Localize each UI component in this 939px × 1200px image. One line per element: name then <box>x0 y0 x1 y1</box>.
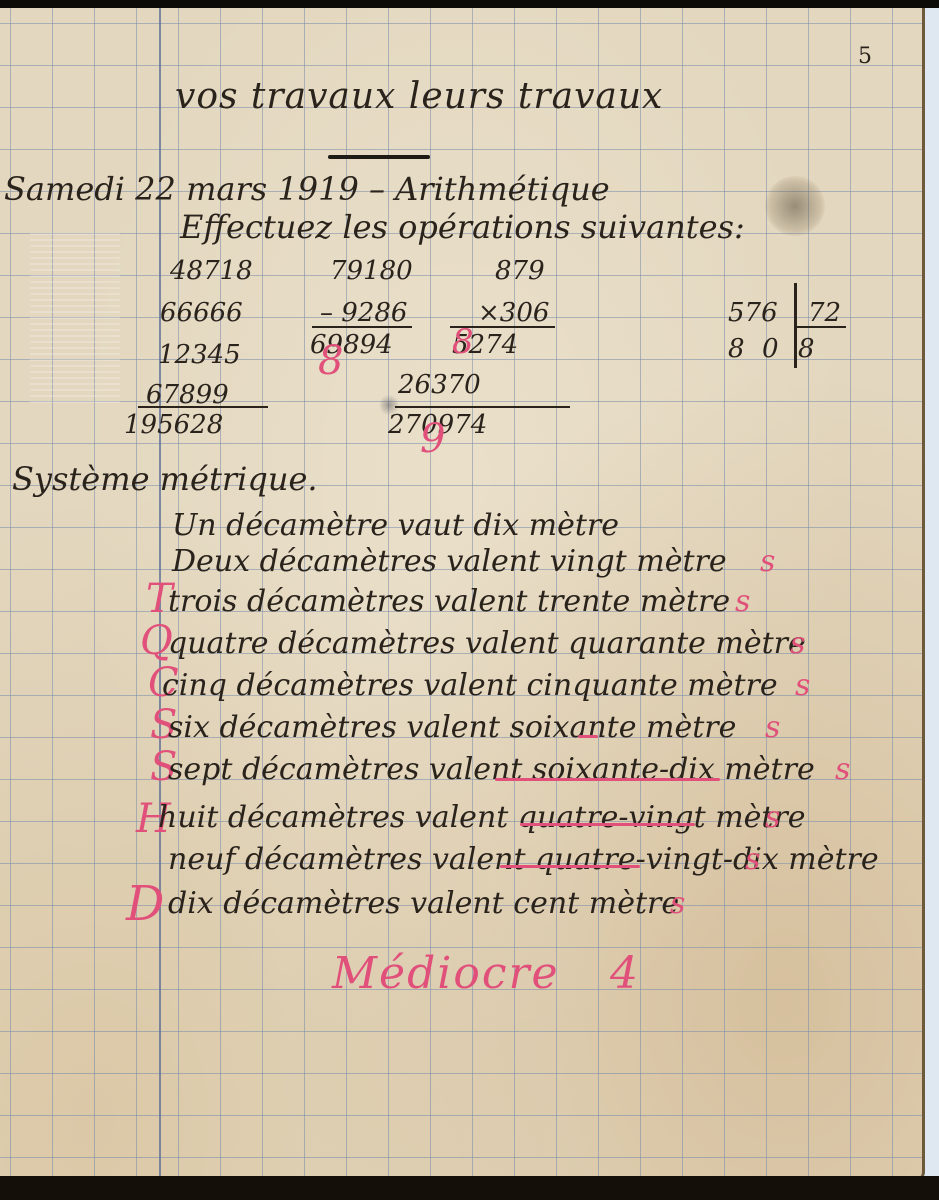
addend: 48718 <box>170 256 253 286</box>
plural-correction: s <box>835 752 850 787</box>
partial-product: 26370 <box>398 370 481 400</box>
strike-correction <box>520 823 695 826</box>
plural-correction: s <box>795 668 810 703</box>
multiplicand: 879 <box>495 256 545 286</box>
plural-correction: s <box>760 544 775 579</box>
remainder: 0 <box>762 334 779 364</box>
addend: 66666 <box>160 298 243 328</box>
strike-correction <box>500 865 640 868</box>
sum-result: 195628 <box>124 410 223 440</box>
multiplier: ×306 <box>478 298 549 328</box>
metric-line: Un décamètre vaut dix mètre <box>172 508 619 543</box>
date-heading: Samedi 22 mars 1919 – Arithmétique <box>4 170 610 208</box>
metric-line: Deux décamètres valent vingt mètre <box>172 544 727 579</box>
notebook-page: 5 vos travaux leurs travaux Samedi 22 ma… <box>0 8 925 1180</box>
divisor: 72 <box>808 298 841 328</box>
plural-correction: s <box>765 710 780 745</box>
subtraction-correction: 8 <box>318 338 343 384</box>
metric-line: dix décamètres valent cent mètre <box>168 886 679 921</box>
plural-correction: s <box>670 886 685 921</box>
difference-rule <box>312 326 412 328</box>
multiplication-correction: 9 <box>420 416 445 462</box>
capital-correction: D <box>126 876 164 932</box>
paper-emboss <box>30 233 120 403</box>
metric-line: trois décamètres valent trente mètre <box>168 584 730 619</box>
plural-correction: s <box>745 842 760 877</box>
scan-bottom-edge <box>0 1176 939 1200</box>
plural-correction: s <box>765 800 780 835</box>
exercise-instruction: Effectuez les opérations suivantes: <box>180 208 745 246</box>
minuend: 79180 <box>330 256 413 286</box>
metric-line: quatre décamètres valent quarante mètre <box>168 626 806 661</box>
quotient: 8 <box>798 334 815 364</box>
scan-top-edge <box>0 0 939 8</box>
strike-correction <box>578 735 598 738</box>
metric-line: cinq décamètres valent cinquante mètre <box>162 668 778 703</box>
dividend: 576 <box>728 298 778 328</box>
sum-rule <box>138 406 268 408</box>
multiplication-correction: 8 <box>452 322 474 362</box>
plural-correction: s <box>735 584 750 619</box>
metric-line: sept décamètres valent soixante-dix mètr… <box>168 752 815 787</box>
metric-line: huit décamètres valent quatre-vingt mètr… <box>158 800 806 835</box>
grade-score: 4 <box>610 948 638 999</box>
plural-correction: s <box>790 626 805 661</box>
addend: 12345 <box>158 340 241 370</box>
ink-stain <box>765 176 825 236</box>
strike-correction <box>495 778 720 781</box>
product-total-rule <box>395 406 570 408</box>
page-number: 5 <box>858 44 872 69</box>
page-title: vos travaux leurs travaux <box>175 76 663 117</box>
section-heading: Système métrique. <box>12 460 318 498</box>
metric-line: six décamètres valent soixante mètre <box>168 710 736 745</box>
subtrahend: – 9286 <box>320 298 407 328</box>
metric-line: neuf décamètres valent quatre-vingt-dix … <box>168 842 879 877</box>
grade-label: Médiocre <box>332 948 560 999</box>
partial-quotient: 8 <box>728 334 745 364</box>
title-underline <box>328 155 430 159</box>
